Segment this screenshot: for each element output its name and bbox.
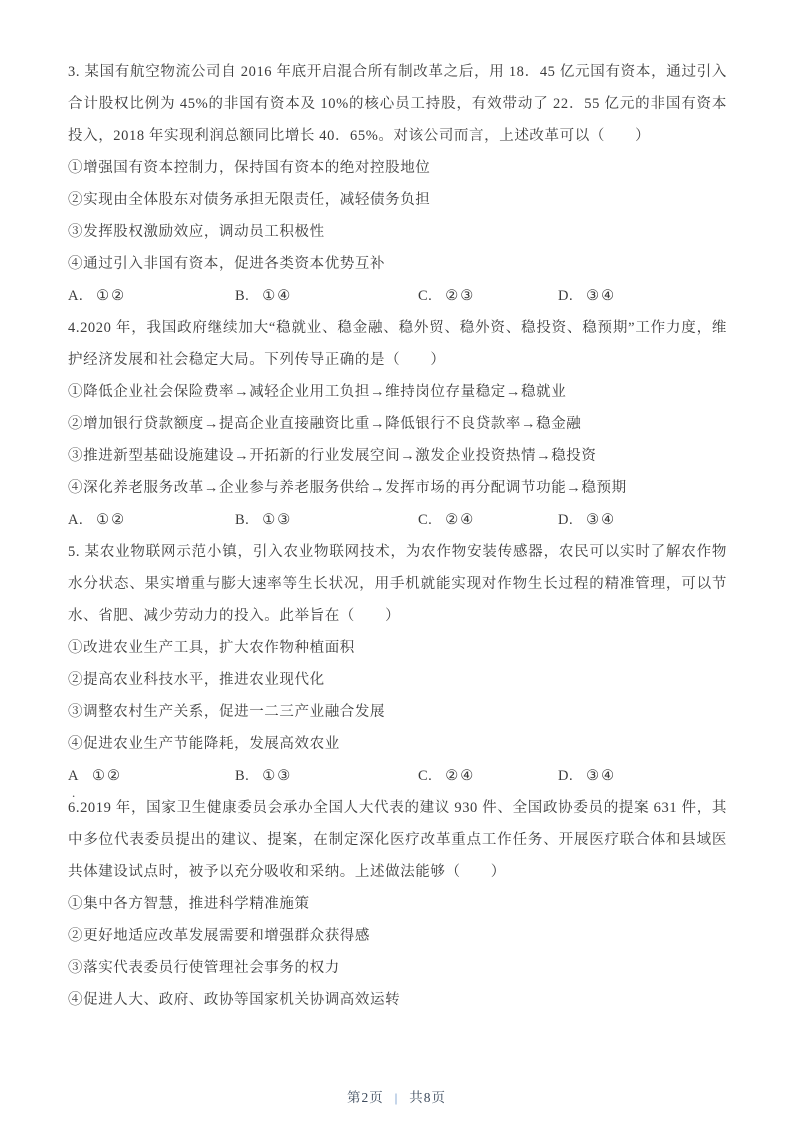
option-value: ①④ xyxy=(262,288,292,304)
option-label: D. xyxy=(558,512,573,528)
options-row: A①② . B.①③ C.②④ D.③④ xyxy=(68,760,727,792)
question-stem-text: 2019 年，国家卫生健康委员会承办全国人大代表的建议 930 件、全国政协委员… xyxy=(68,800,727,880)
page-total-label: 共8页 xyxy=(409,1090,446,1105)
statement-line: ②更好地适应改革发展需要和增强群众获得感 xyxy=(68,920,727,952)
statement-line: ②提高农业科技水平，推进农业现代化 xyxy=(68,664,727,696)
options-row: A.①② B.①④ C.②③ D.③④ xyxy=(68,280,727,312)
question-stem: 6.2019 年，国家卫生健康委员会承办全国人大代表的建议 930 件、全国政协… xyxy=(68,792,727,888)
statement-line: ④深化养老服务改革→企业参与养老服务供给→发挥市场的再分配调节功能→稳预期 xyxy=(68,472,727,504)
question-5: 5. 某农业物联网示范小镇，引入农业物联网技术，为农作物安装传感器，农民可以实时… xyxy=(68,536,727,792)
exam-content: 3. 某国有航空物流公司自 2016 年底开启混合所有制改革之后，用 18．45… xyxy=(68,56,727,1016)
option-label: C. xyxy=(418,768,432,784)
option-value: ①② xyxy=(96,288,126,304)
statement-line: ④通过引入非国有资本，促进各类资本优势互补 xyxy=(68,248,727,280)
question-number: 3. xyxy=(68,64,84,80)
option-value: ①② xyxy=(92,768,122,784)
statement-line: ①降低企业社会保险费率→减轻企业用工负担→维持岗位存量稳定→稳就业 xyxy=(68,376,727,408)
option-label: C. xyxy=(418,288,432,304)
option-d: D.③④ xyxy=(558,760,616,792)
option-value: ①③ xyxy=(262,512,292,528)
option-c: C.②③ xyxy=(418,280,475,312)
option-d: D.③④ xyxy=(558,504,616,536)
option-label: A. xyxy=(68,512,83,528)
option-a: A.①② xyxy=(68,504,126,536)
option-value: ③④ xyxy=(586,288,616,304)
option-c: C.②④ xyxy=(418,760,475,792)
statement-line: ③落实代表委员行使管理社会事务的权力 xyxy=(68,952,727,984)
question-stem-text: 某国有航空物流公司自 2016 年底开启混合所有制改革之后，用 18．45 亿元… xyxy=(68,64,727,144)
footer-separator: | xyxy=(395,1091,399,1105)
option-d: D.③④ xyxy=(558,280,616,312)
option-label: B. xyxy=(235,288,249,304)
option-label: D. xyxy=(558,288,573,304)
question-stem: 5. 某农业物联网示范小镇，引入农业物联网技术，为农作物安装传感器，农民可以实时… xyxy=(68,536,727,632)
question-6: 6.2019 年，国家卫生健康委员会承办全国人大代表的建议 930 件、全国政协… xyxy=(68,792,727,1016)
statement-line: ②实现由全体股东对债务承担无限责任，减轻债务负担 xyxy=(68,184,727,216)
statement-line: ④促进农业生产节能降耗，发展高效农业 xyxy=(68,728,727,760)
page-number-label: 第2页 xyxy=(347,1090,384,1105)
statement-line: ②增加银行贷款额度→提高企业直接融资比重→降低银行不良贷款率→稳金融 xyxy=(68,408,727,440)
option-b: B.①③ xyxy=(235,504,292,536)
options-row: A.①② B.①③ C.②④ D.③④ xyxy=(68,504,727,536)
option-b: B.①③ xyxy=(235,760,292,792)
question-number: 4. xyxy=(68,320,80,336)
option-value: ③④ xyxy=(586,512,616,528)
option-a: A.①② xyxy=(68,280,126,312)
option-value: ①② xyxy=(96,512,126,528)
option-label: B. xyxy=(235,512,249,528)
option-label: C. xyxy=(418,512,432,528)
stray-dot: . xyxy=(72,777,75,809)
statement-line: ①改进农业生产工具，扩大农作物种植面积 xyxy=(68,632,727,664)
option-value: ②④ xyxy=(445,512,475,528)
statement-line: ④促进人大、政府、政协等国家机关协调高效运转 xyxy=(68,984,727,1016)
question-stem-text: 某农业物联网示范小镇，引入农业物联网技术，为农作物安装传感器，农民可以实时了解农… xyxy=(68,544,727,624)
statement-line: ③调整农村生产关系，促进一二三产业融合发展 xyxy=(68,696,727,728)
question-stem: 3. 某国有航空物流公司自 2016 年底开启混合所有制改革之后，用 18．45… xyxy=(68,56,727,152)
question-number: 5. xyxy=(68,544,85,560)
statement-line: ③发挥股权激励效应，调动员工积极性 xyxy=(68,216,727,248)
option-value: ②④ xyxy=(445,768,475,784)
option-a: A①② xyxy=(68,760,122,792)
option-c: C.②④ xyxy=(418,504,475,536)
option-value: ③④ xyxy=(586,768,616,784)
option-label: D. xyxy=(558,768,573,784)
option-label: B. xyxy=(235,768,249,784)
option-label: A. xyxy=(68,288,83,304)
option-value: ①③ xyxy=(262,768,292,784)
option-value: ②③ xyxy=(445,288,475,304)
option-b: B.①④ xyxy=(235,280,292,312)
question-stem-text: 2020 年，我国政府继续加大“稳就业、稳金融、稳外贸、稳外资、稳投资、稳预期”… xyxy=(68,320,727,368)
statement-line: ①增强国有资本控制力，保持国有资本的绝对控股地位 xyxy=(68,152,727,184)
question-stem: 4.2020 年，我国政府继续加大“稳就业、稳金融、稳外贸、稳外资、稳投资、稳预… xyxy=(68,312,727,376)
page-footer: 第2页|共8页 xyxy=(0,1086,793,1106)
statement-line: ①集中各方智慧，推进科学精准施策 xyxy=(68,888,727,920)
statement-line: ③推进新型基础设施建设→开拓新的行业发展空间→激发企业投资热情→稳投资 xyxy=(68,440,727,472)
question-4: 4.2020 年，我国政府继续加大“稳就业、稳金融、稳外贸、稳外资、稳投资、稳预… xyxy=(68,312,727,536)
question-3: 3. 某国有航空物流公司自 2016 年底开启混合所有制改革之后，用 18．45… xyxy=(68,56,727,312)
document-page: 3. 某国有航空物流公司自 2016 年底开启混合所有制改革之后，用 18．45… xyxy=(0,0,793,1122)
